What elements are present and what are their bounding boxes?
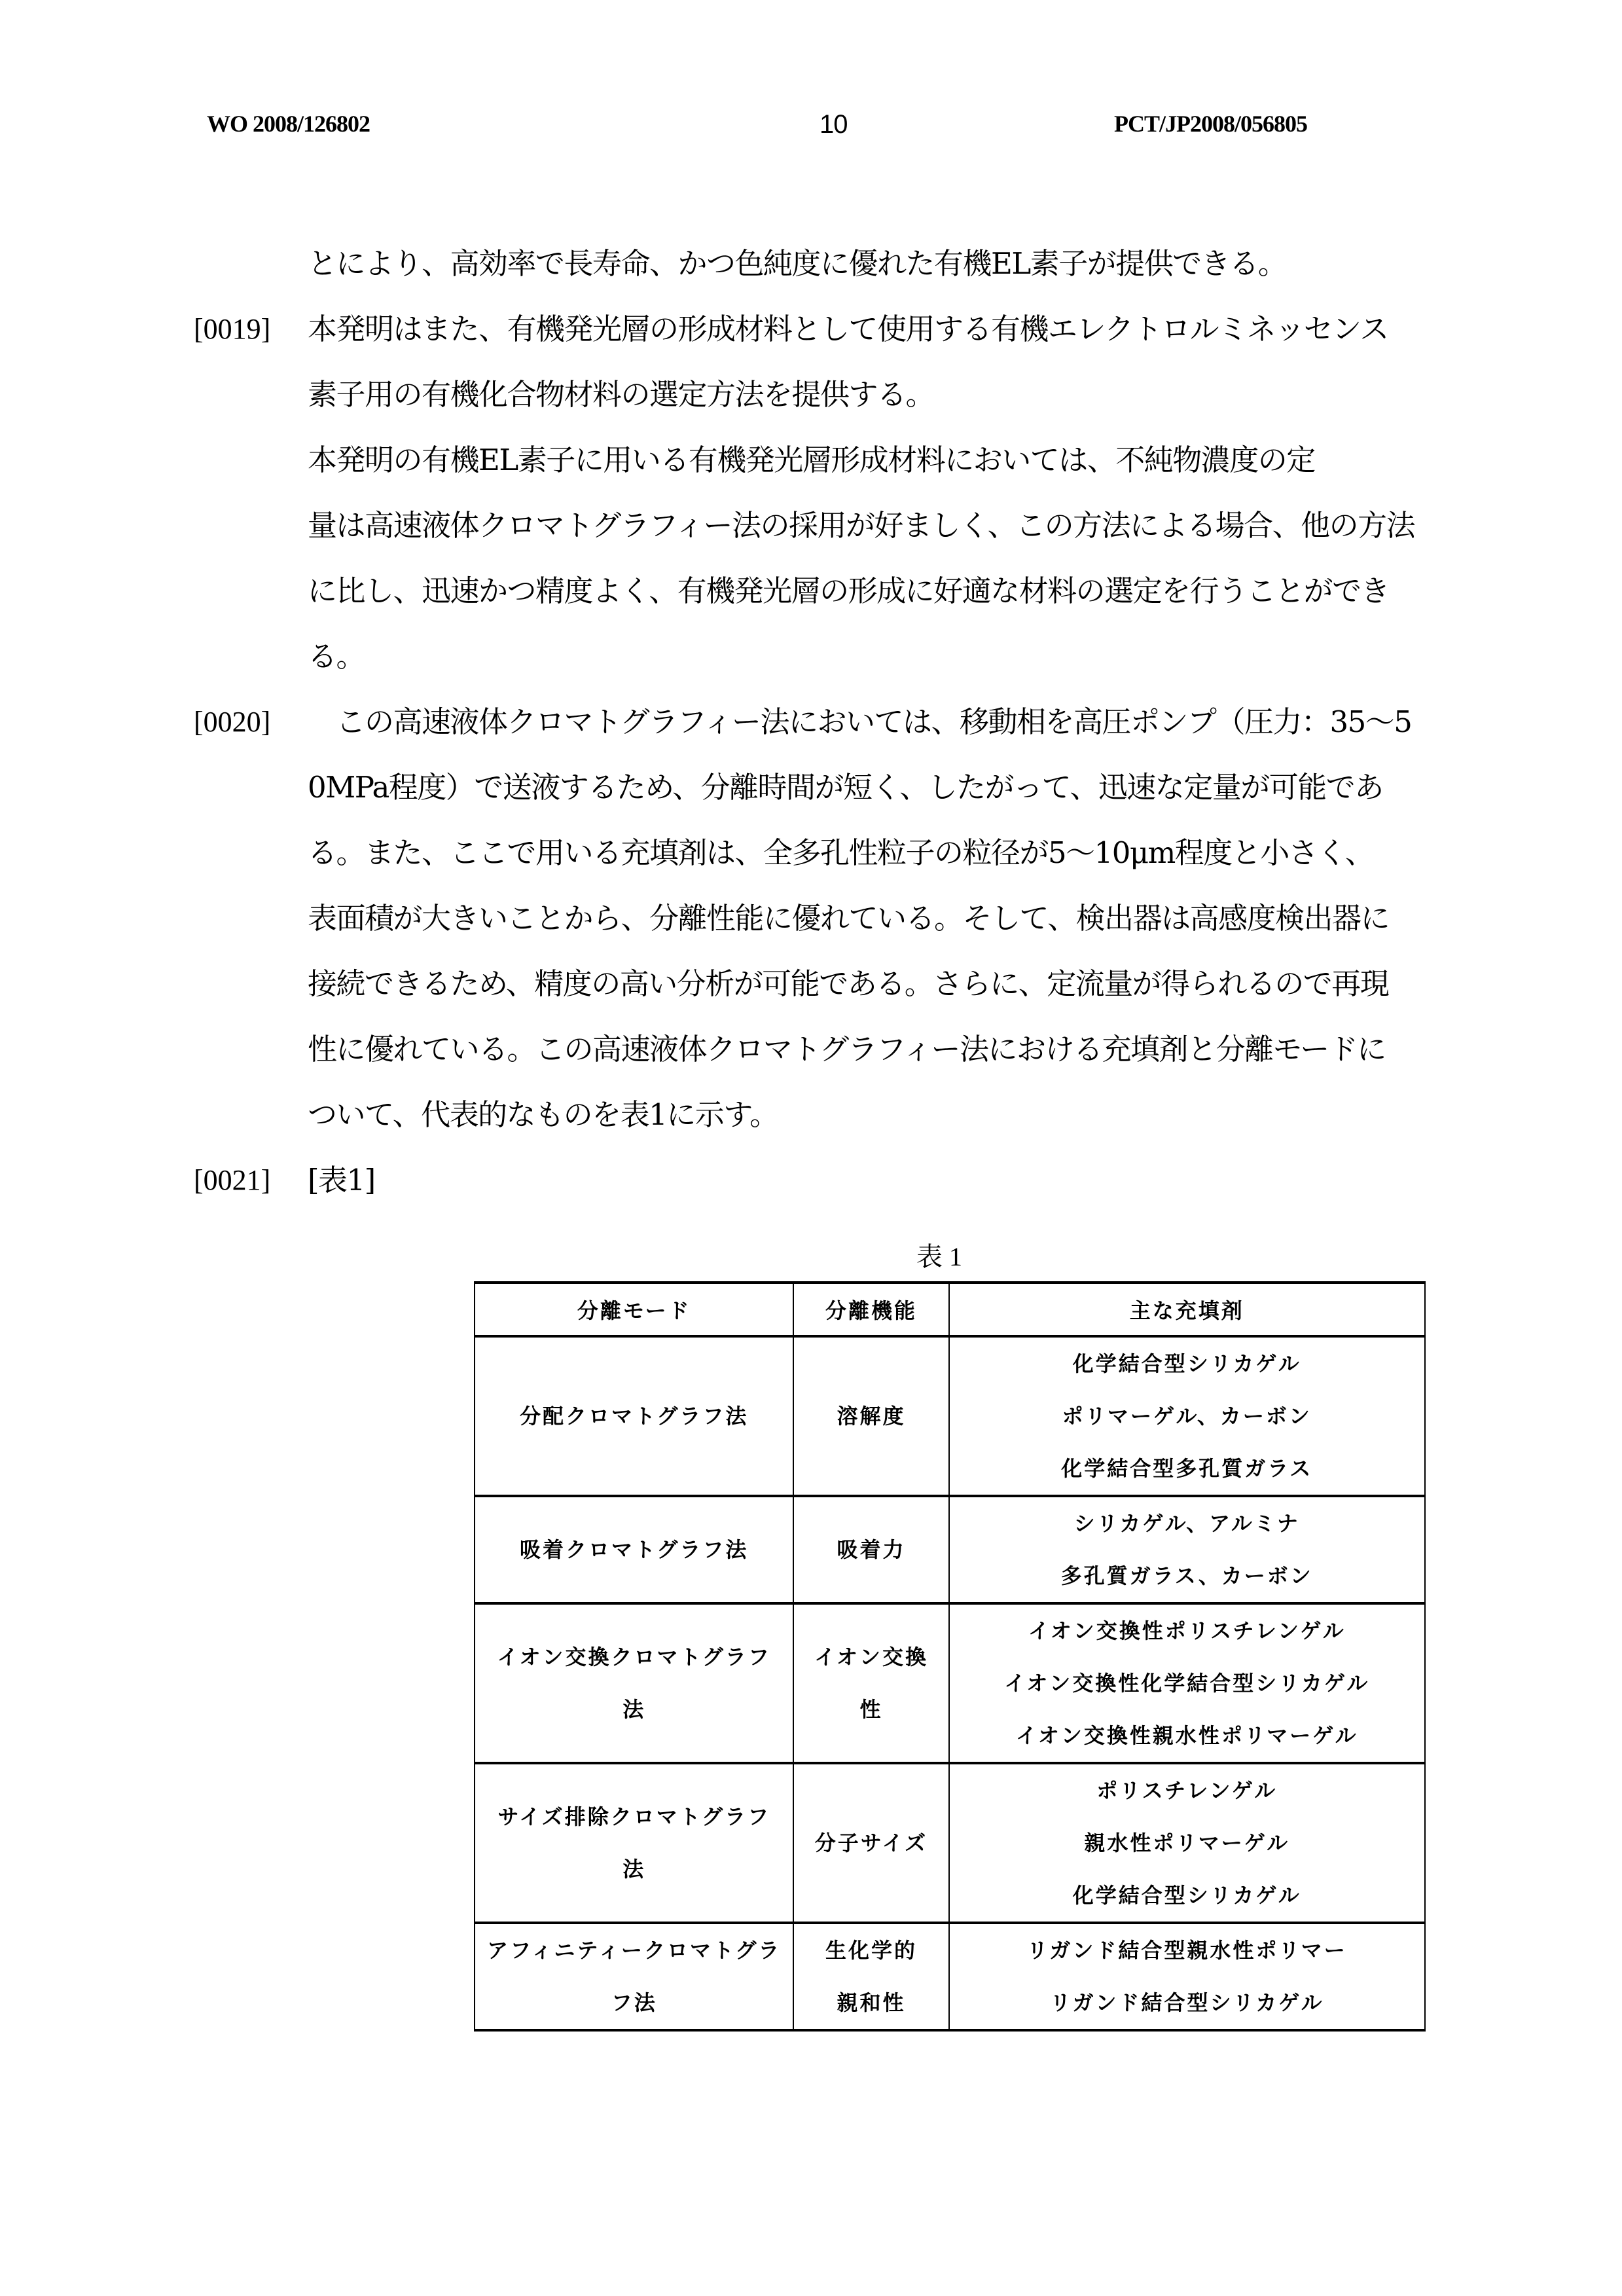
text-line: 接続できるため、精度の高い分析が可能である。さらに、定流量が得られるので再現 [308,966,1388,1002]
cell-text: リガンド結合型シリカゲル [950,1977,1425,2029]
header-separation-mode: 分離モード [475,1283,793,1336]
cell-text: 法 [475,1843,793,1895]
publication-number: WO 2008/126802 [207,110,370,137]
cell-text: アフィニティークロマトグラ [475,1924,793,1977]
text-line: る。また、ここで用いる充填剤は、全多孔性粒子の粒径が5～10μm程度と小さく、 [308,835,1373,871]
table-row: イオン交換クロマトグラフ法イオン交換性イオン交換性ポリスチレンゲルイオン交換性化… [475,1603,1425,1763]
cell-text: 法 [475,1683,793,1736]
cell-text: イオン交換クロマトグラフ [475,1631,793,1683]
cell-text: 吸着力 [794,1523,948,1576]
page-number: 10 [820,110,848,139]
text-line: ついて、代表的なものを表1に示す。 [308,1097,778,1133]
header-separation-function: 分離機能 [793,1283,948,1336]
cell-text: イオン交換性ポリスチレンゲル [950,1605,1425,1657]
cell-text: イオン交換 [794,1631,948,1683]
cell-text: 親和性 [794,1977,948,2029]
cell-packings: 化学結合型シリカゲルポリマーゲル、カーボン化学結合型多孔質ガラス [949,1336,1426,1496]
cell-function: 生化学的親和性 [793,1923,948,2030]
cell-text: 吸着クロマトグラフ法 [475,1523,793,1576]
cell-mode: サイズ排除クロマトグラフ法 [475,1763,793,1923]
cell-text: シリカゲル、アルミナ [950,1497,1425,1550]
cell-packings: ポリスチレンゲル親水性ポリマーゲル化学結合型シリカゲル [949,1763,1426,1923]
cell-text: サイズ排除クロマトグラフ [475,1791,793,1843]
cell-text: 化学結合型多孔質ガラス [950,1442,1425,1495]
text-line: 性に優れている。この高速液体クロマトグラフィー法における充填剤と分離モードに [308,1031,1386,1068]
table-body: 分配クロマトグラフ法溶解度化学結合型シリカゲルポリマーゲル、カーボン化学結合型多… [475,1336,1425,2030]
text-line: 表面積が大きいことから、分離性能に優れている。そして、検出器は高感度検出器に [308,900,1389,937]
text-line: 素子用の有機化合物材料の選定方法を提供する。 [308,376,934,413]
table-row: 分配クロマトグラフ法溶解度化学結合型シリカゲルポリマーゲル、カーボン化学結合型多… [475,1336,1425,1496]
table-row: サイズ排除クロマトグラフ法分子サイズポリスチレンゲル親水性ポリマーゲル化学結合型… [475,1763,1425,1923]
cell-text: 化学結合型シリカゲル [950,1338,1425,1390]
application-number: PCT/JP2008/056805 [1114,110,1307,137]
cell-text: ポリマーゲル、カーボン [950,1390,1425,1442]
cell-text: イオン交換性親水性ポリマーゲル [950,1709,1425,1762]
cell-text: リガンド結合型親水性ポリマー [950,1924,1425,1977]
text-line: 本発明の有機EL素子に用いる有機発光層形成材料においては、不純物濃度の定 [308,442,1315,479]
text-line: [表1] [308,1162,375,1199]
cell-text: 分配クロマトグラフ法 [475,1390,793,1442]
text-line: に比し、迅速かつ精度よく、有機発光層の形成に好適な材料の選定を行うことができ [308,573,1389,610]
paragraph-number: [0019] [194,311,270,348]
cell-packings: リガンド結合型親水性ポリマーリガンド結合型シリカゲル [949,1923,1426,2030]
cell-mode: イオン交換クロマトグラフ法 [475,1603,793,1763]
cell-function: イオン交換性 [793,1603,948,1763]
cell-function: 吸着力 [793,1496,948,1603]
paragraph-number: [0020] [194,704,270,740]
cell-mode: アフィニティークロマトグラフ法 [475,1923,793,2030]
cell-function: 分子サイズ [793,1763,948,1923]
text-line: 量は高速液体クロマトグラフィー法の採用が好ましく、この方法による場合、他の方法 [308,507,1415,544]
cell-text: 多孔質ガラス、カーボン [950,1550,1425,1602]
cell-packings: シリカゲル、アルミナ多孔質ガラス、カーボン [949,1496,1426,1603]
cell-text: 溶解度 [794,1390,948,1442]
cell-text: 分子サイズ [794,1817,948,1869]
header-main-packing: 主な充填剤 [949,1283,1426,1336]
cell-text: 性 [794,1683,948,1736]
cell-mode: 分配クロマトグラフ法 [475,1336,793,1496]
text-line: この高速液体クロマトグラフィー法においては、移動相を高圧ポンプ（圧力：35～5 [308,704,1411,740]
text-line: とにより、高効率で長寿命、かつ色純度に優れた有機EL素子が提供できる。 [308,246,1286,282]
cell-text: ポリスチレンゲル [950,1764,1425,1817]
cell-function: 溶解度 [793,1336,948,1496]
separation-modes-table: 分離モード 分離機能 主な充填剤 分配クロマトグラフ法溶解度化学結合型シリカゲル… [474,1281,1426,2032]
table-caption: 表 1 [916,1236,962,1273]
cell-text: イオン交換性化学結合型シリカゲル [950,1657,1425,1709]
paragraph-number: [0021] [194,1162,270,1199]
table-row: 吸着クロマトグラフ法吸着力シリカゲル、アルミナ多孔質ガラス、カーボン [475,1496,1425,1603]
table-header-row: 分離モード 分離機能 主な充填剤 [475,1283,1425,1336]
cell-packings: イオン交換性ポリスチレンゲルイオン交換性化学結合型シリカゲルイオン交換性親水性ポ… [949,1603,1426,1763]
cell-text: フ法 [475,1977,793,2029]
cell-text: 生化学的 [794,1924,948,1977]
cell-mode: 吸着クロマトグラフ法 [475,1496,793,1603]
cell-text: 親水性ポリマーゲル [950,1817,1425,1869]
text-line: る。 [308,638,365,675]
text-line: 本発明はまた、有機発光層の形成材料として使用する有機エレクトロルミネッセンス [308,311,1388,348]
text-line: 0MPa程度）で送液するため、分離時間が短く、したがって、迅速な定量が可能であ [308,769,1383,806]
cell-text: 化学結合型シリカゲル [950,1869,1425,1922]
table-row: アフィニティークロマトグラフ法生化学的親和性リガンド結合型親水性ポリマーリガンド… [475,1923,1425,2030]
